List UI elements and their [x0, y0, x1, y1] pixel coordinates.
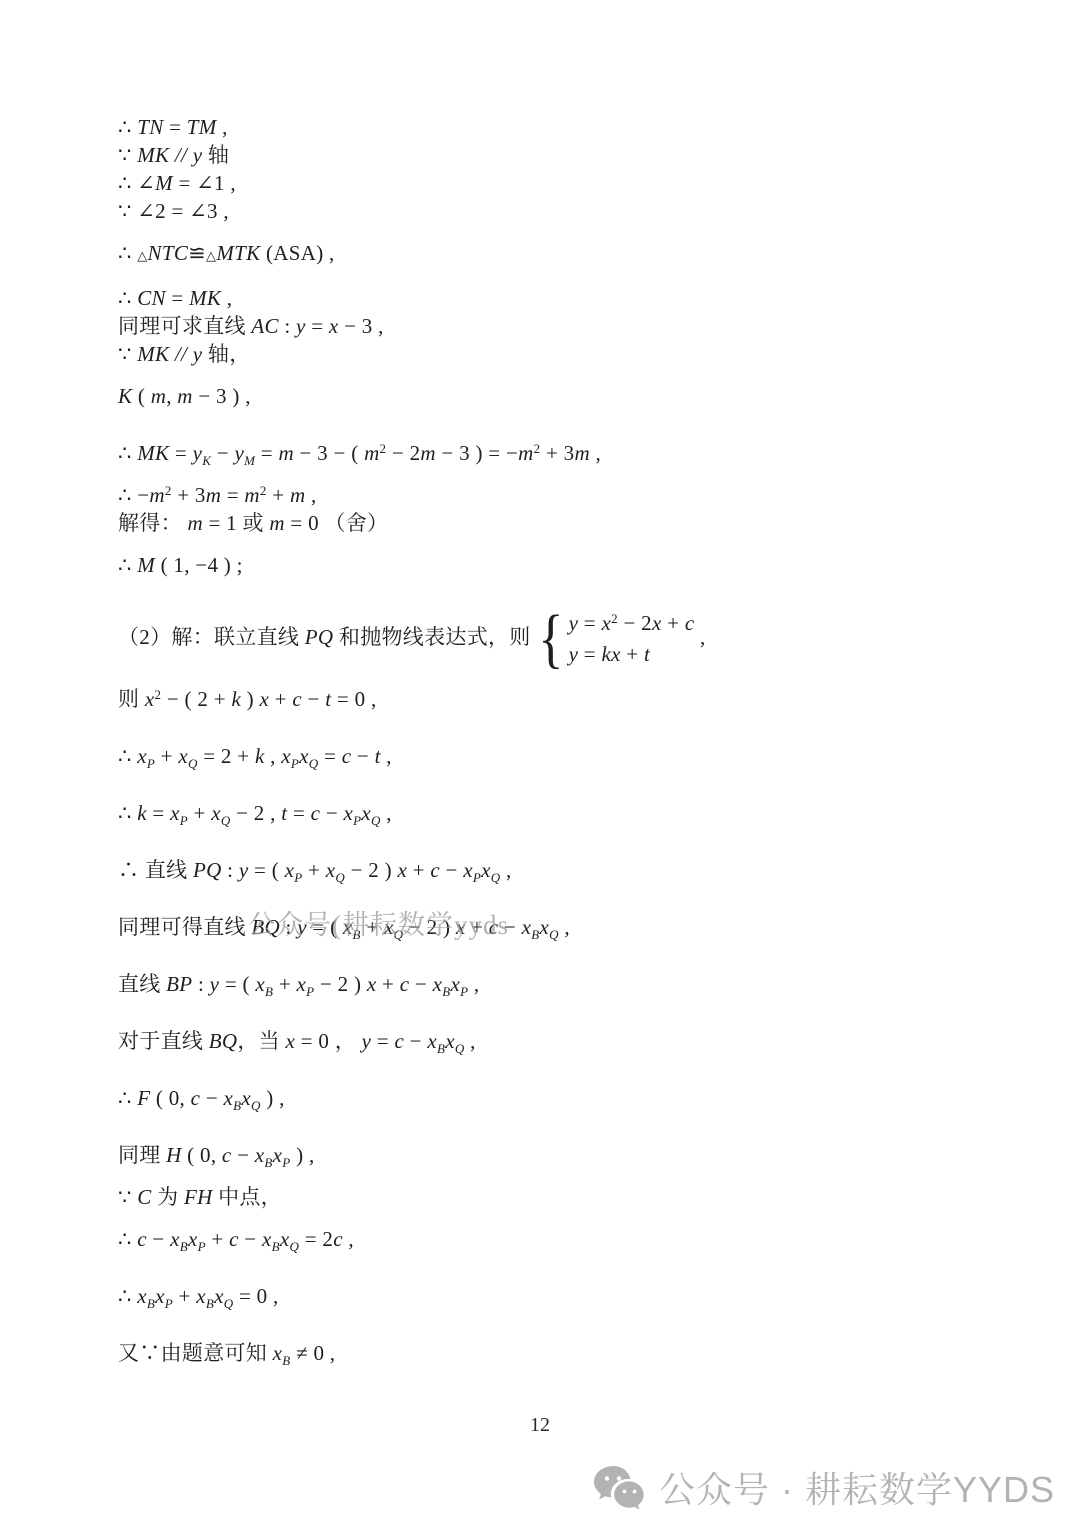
math-line: ∴ CN = MK ,	[118, 284, 998, 312]
math-line: ∴ ∠M = ∠1 ,	[118, 169, 998, 197]
math-line: ∴ △NTC≌△MTK (ASA) ,	[118, 239, 998, 270]
math-line: ∴ c − xBxP + c − xBxQ = 2c ,	[118, 1225, 998, 1253]
footer-brand: 公众号 · 耕耘数学YYDS	[593, 1462, 1055, 1513]
math-line: ∵ ∠2 = ∠3 ,	[118, 197, 998, 225]
math-line: 直线 BP : y = ( xB + xP − 2 ) x + c − xBxP…	[118, 970, 998, 998]
math-line: ∴ TN = TM ,	[118, 113, 998, 141]
footer-brand-text: 公众号 · 耕耘数学YYDS	[659, 1462, 1055, 1513]
math-line: ∴ F ( 0, c − xBxQ ) ,	[118, 1084, 998, 1112]
math-line: 同理可求直线 AC : y = x − 3 ,	[118, 312, 998, 340]
math-line: ∴ 直线 PQ : y = ( xP + xQ − 2 ) x + c − xP…	[118, 856, 998, 884]
math-line: ∵ MK // y 轴，	[118, 340, 998, 368]
math-line: ∵ MK // y 轴	[118, 141, 998, 169]
math-line: 则 x2 − ( 2 + k ) x + c − t = 0 ,	[118, 685, 998, 713]
math-line: K ( m, m − 3 ) ,	[118, 382, 998, 410]
page-number: 12	[0, 1414, 1080, 1437]
math-line: ∴ −m2 + 3m = m2 + m ,	[118, 481, 998, 509]
math-line: ∴ xP + xQ = 2 + k , xPxQ = c − t ,	[118, 742, 998, 770]
math-line-equation-system: （2）解：联立直线 PQ 和抛物线表达式，则{y = x2 − 2x + cy …	[118, 608, 998, 671]
math-line: 又∵由题意可知 xB ≠ 0 ,	[118, 1339, 998, 1367]
math-line: 解得： m = 1 或 m = 0 （舍）	[118, 509, 998, 537]
math-line: ∴ MK = yK − yM = m − 3 − ( m2 − 2m − 3 )…	[118, 439, 998, 467]
math-line: ∵ C 为 FH 中点，	[118, 1183, 998, 1211]
math-line: 同理可得直线 BQ : y = ( xB + xQ − 2 ) x + c − …	[118, 913, 998, 941]
math-line: 同理 H ( 0, c − xBxP ) ,	[118, 1141, 998, 1169]
math-line: ∴ M ( 1, −4 ) ;	[118, 551, 998, 579]
solution-text-block: ∴ TN = TM , ∵ MK // y 轴 ∴ ∠M = ∠1 , ∵ ∠2…	[118, 113, 998, 1367]
math-line: ∴ xBxP + xBxQ = 0 ,	[118, 1282, 998, 1310]
wechat-icon	[593, 1465, 645, 1511]
math-line: 对于直线 BQ，当 x = 0 ， y = c − xBxQ ,	[118, 1027, 998, 1055]
document-page: ∴ TN = TM , ∵ MK // y 轴 ∴ ∠M = ∠1 , ∵ ∠2…	[0, 0, 1080, 1527]
math-line: ∴ k = xP + xQ − 2 , t = c − xPxQ ,	[118, 799, 998, 827]
